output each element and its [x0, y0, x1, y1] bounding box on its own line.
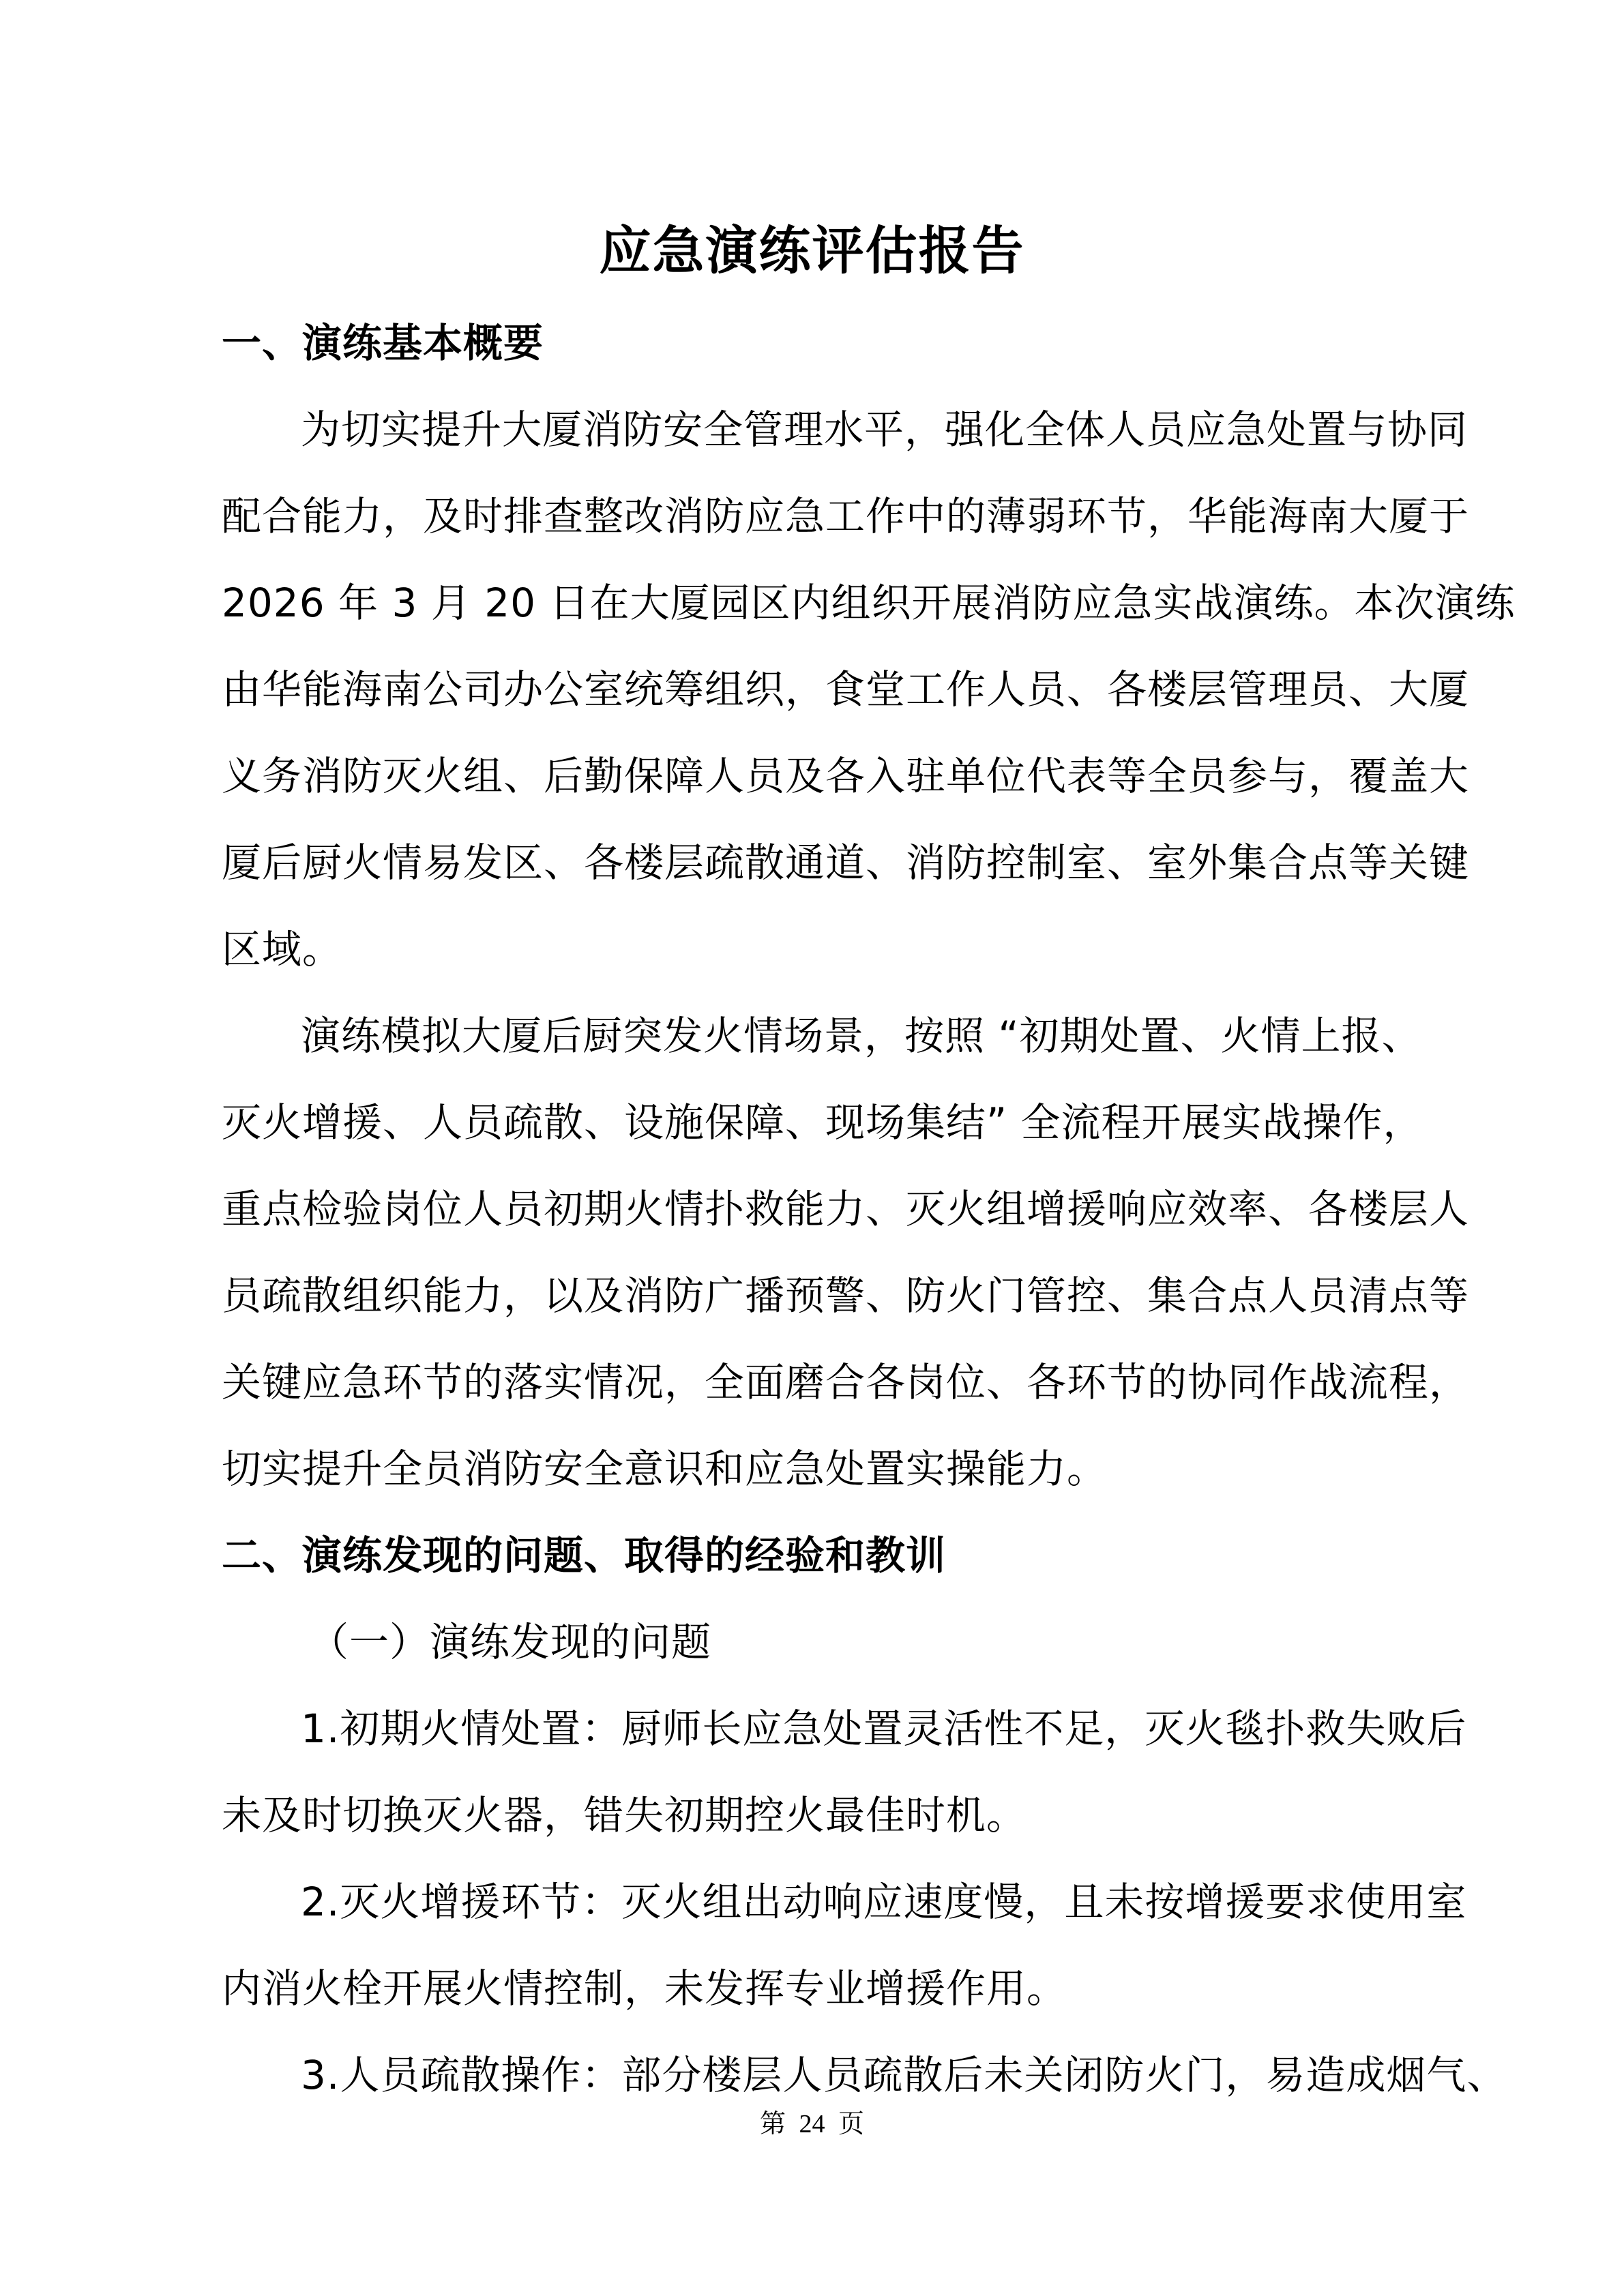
- paragraph-line: 配合能力，及时排查整改消防应急工作中的薄弱环节，华能海南大厦于: [222, 473, 1403, 560]
- section-heading-2: 二、演练发现的问题、取得的经验和教训: [222, 1512, 1403, 1599]
- section-heading-1: 一、演练基本概要: [222, 300, 1403, 387]
- paragraph-line: 重点检验岗位人员初期火情扑救能力、灭火组增援响应效率、各楼层人: [222, 1166, 1403, 1253]
- problem-line: 未及时切换灭火器，错失初期控火最佳时机。: [222, 1772, 1403, 1859]
- paragraph-overview: 为切实提升大厦消防安全管理水平，强化全体人员应急处置与协同 配合能力，及时排查整…: [222, 387, 1403, 993]
- paragraph-line: 义务消防灭火组、后勤保障人员及各入驻单位代表等全员参与，覆盖大: [222, 733, 1403, 820]
- problem-line: 内消火栓开展火情控制，未发挥专业增援作用。: [222, 1945, 1403, 2032]
- document-title: 应急演练评估报告: [0, 217, 1624, 285]
- problem-line: 2.灭火增援环节：灭火组出动响应速度慢，且未按增援要求使用室: [222, 1859, 1403, 1945]
- paragraph-line: 演练模拟大厦后厨突发火情场景，按照 “初期处置、火情上报、: [222, 993, 1403, 1079]
- problem-item-1: 1.初期火情处置：厨师长应急处置灵活性不足，灭火毯扑救失败后 未及时切换灭火器，…: [222, 1686, 1403, 1859]
- paragraph-line: 切实提升全员消防安全意识和应急处置实操能力。: [222, 1426, 1403, 1512]
- paragraph-line: 关键应急环节的落实情况，全面磨合各岗位、各环节的协同作战流程，: [222, 1339, 1403, 1426]
- document-body: 一、演练基本概要 为切实提升大厦消防安全管理水平，强化全体人员应急处置与协同 配…: [222, 300, 1403, 2119]
- document-page: 应急演练评估报告 一、演练基本概要 为切实提升大厦消防安全管理水平，强化全体人员…: [0, 0, 1624, 2296]
- paragraph-line: 厦后厨火情易发区、各楼层疏散通道、消防控制室、室外集合点等关键: [222, 820, 1403, 906]
- paragraph-line: 为切实提升大厦消防安全管理水平，强化全体人员应急处置与协同: [222, 387, 1403, 473]
- problem-line: 3.人员疏散操作：部分楼层人员疏散后未关闭防火门，易造成烟气、: [222, 2032, 1403, 2119]
- paragraph-line: 区域。: [222, 906, 1403, 993]
- page-number: 第 24 页: [0, 2107, 1624, 2141]
- paragraph-line: 由华能海南公司办公室统筹组织，食堂工作人员、各楼层管理员、大厦: [222, 646, 1403, 733]
- problem-item-2: 2.灭火增援环节：灭火组出动响应速度慢，且未按增援要求使用室 内消火栓开展火情控…: [222, 1859, 1403, 2032]
- paragraph-line: 员疏散组织能力，以及消防广播预警、防火门管控、集合点人员清点等: [222, 1253, 1403, 1339]
- paragraph-scenario: 演练模拟大厦后厨突发火情场景，按照 “初期处置、火情上报、 灭火增援、人员疏散、…: [222, 993, 1403, 1512]
- subsection-heading: （一）演练发现的问题: [222, 1599, 1403, 1686]
- problem-line: 1.初期火情处置：厨师长应急处置灵活性不足，灭火毯扑救失败后: [222, 1686, 1403, 1772]
- problem-item-3: 3.人员疏散操作：部分楼层人员疏散后未关闭防火门，易造成烟气、: [222, 2032, 1403, 2119]
- paragraph-line: 灭火增援、人员疏散、设施保障、现场集结” 全流程开展实战操作，: [222, 1079, 1403, 1166]
- paragraph-line: 2026 年 3 月 20 日在大厦园区内组织开展消防应急实战演练。本次演练: [222, 560, 1403, 646]
